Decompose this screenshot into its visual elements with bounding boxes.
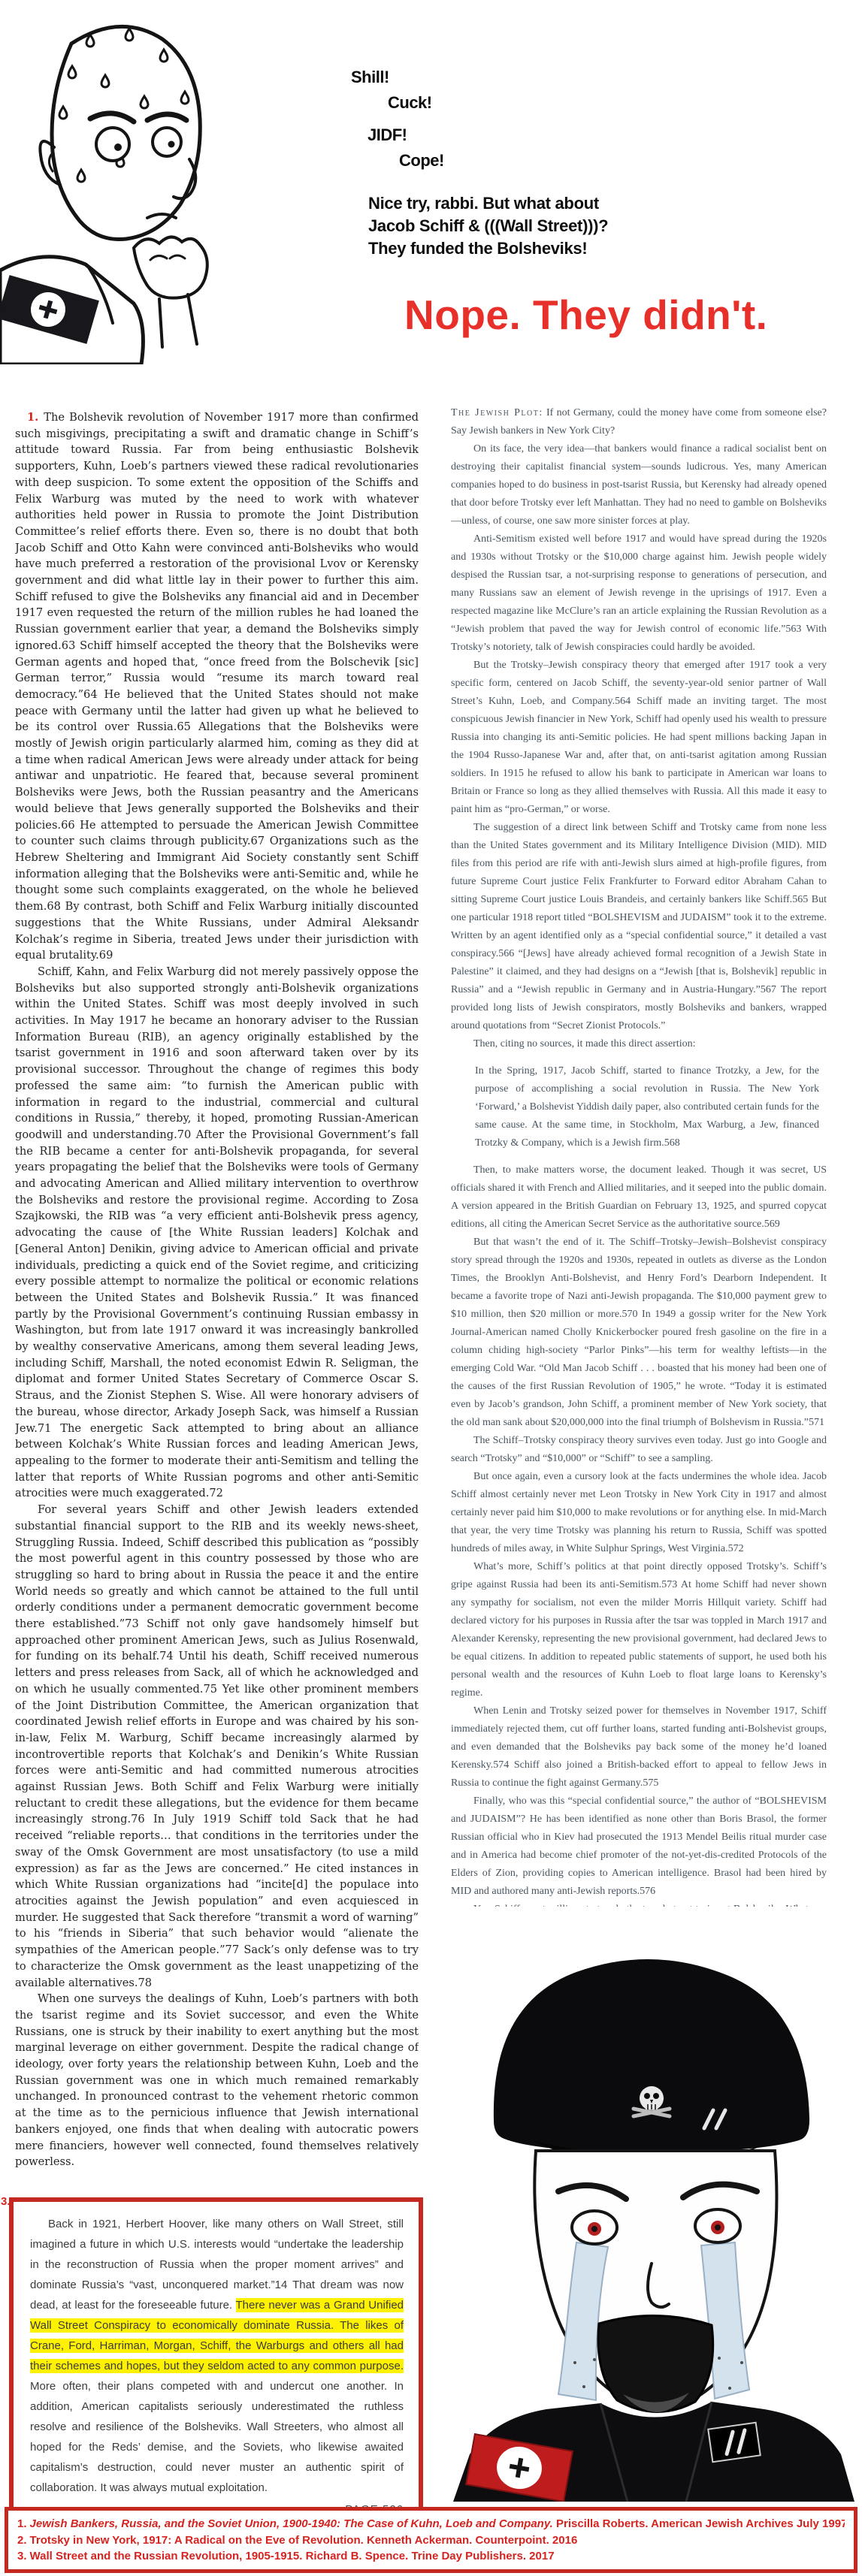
- paragraph: What’s more, Schiff’s politics at that p…: [451, 1558, 827, 1702]
- rebuttal-text: Nope. They didn't.: [404, 293, 767, 337]
- speech-bubble-jidf: JIDF!: [367, 125, 407, 145]
- paragraph: The suggestion of a direct link between …: [451, 819, 827, 1035]
- paragraph: 1.The Bolshevik revolution of November 1…: [15, 409, 419, 964]
- paragraph: But the Trotsky–Jewish conspiracy theory…: [451, 657, 827, 819]
- left-eye: [96, 128, 129, 161]
- wrist: [159, 294, 197, 347]
- paragraph: For several years Schiff and other Jewis…: [15, 1502, 419, 1991]
- collar-patch: [708, 2423, 761, 2462]
- meme-page: Shill! Cuck! JIDF! Cope! Nice try, rabbi…: [0, 0, 862, 2576]
- fist: [134, 237, 207, 297]
- paragraph: But that wasn’t the end of it. The Schif…: [451, 1234, 827, 1432]
- paragraph: Schiff, Kahn, and Felix Warburg did not …: [15, 964, 419, 1502]
- paragraph: When one surveys the dealings of Kuhn, L…: [15, 1991, 419, 2170]
- right-book-excerpt: 2. The Jewish Plot: If not Germany, coul…: [451, 404, 827, 1907]
- speech-bubble-cope: Cope!: [399, 151, 444, 171]
- crying-uniform-wojak-figure: [447, 1912, 862, 2502]
- paragraph: Anti-Semitism existed well before 1917 a…: [451, 530, 827, 657]
- pondering-wojak-drawing: [0, 0, 353, 364]
- pondering-wojak-figure: [0, 0, 353, 364]
- paragraph: The Jewish Plot: If not Germany, could t…: [451, 404, 827, 440]
- right-eye: [695, 2209, 740, 2242]
- paragraph: Then, to make matters worse, the documen…: [451, 1161, 827, 1234]
- retort-text: Nice try, rabbi. But what about Jacob Sc…: [368, 192, 608, 260]
- excerpt-paragraph: Back in 1921, Herbert Hoover, like many …: [30, 2214, 404, 2498]
- speech-bubble-cuck: Cuck!: [388, 93, 432, 113]
- retort-line: They funded the Bolsheviks!: [368, 237, 608, 260]
- right-eye: [153, 128, 181, 156]
- paragraph: But once again, even a cursory look at t…: [451, 1468, 827, 1558]
- retort-line: Jacob Schiff & (((Wall Street)))?: [368, 215, 608, 237]
- paragraph: Finally, who was this “special confident…: [451, 1792, 827, 1901]
- speech-bubble-shill: Shill!: [351, 68, 389, 87]
- paragraph: The Schiff–Trotsky conspiracy theory sur…: [451, 1432, 827, 1468]
- paragraph: Yes, Schiff spent millions to topple the…: [451, 1901, 827, 1907]
- hoover-excerpt-box: Back in 1921, Herbert Hoover, like many …: [9, 2197, 423, 2532]
- citations-box: 1.Jewish Bankers, Russia, and the Soviet…: [5, 2507, 857, 2573]
- retort-line: Nice try, rabbi. But what about: [368, 192, 608, 215]
- source-marker-1: 1.: [27, 411, 44, 424]
- mid-report-quote: In the Spring, 1917, Jacob Schiff, start…: [475, 1062, 819, 1152]
- section-lead-label: The Jewish Plot:: [451, 407, 543, 418]
- citation-item: 3.Wall Street and the Russian Revolution…: [17, 2550, 845, 2562]
- left-eye: [572, 2211, 617, 2244]
- citation-item: 1.Jewish Bankers, Russia, and the Soviet…: [17, 2517, 845, 2530]
- paragraph: Then, citing no sources, it made this di…: [451, 1035, 827, 1053]
- open-mouth: [598, 2315, 713, 2411]
- crying-uniform-wojak-drawing: [447, 1912, 862, 2502]
- paragraph: When Lenin and Trotsky seized power for …: [451, 1702, 827, 1792]
- left-book-excerpt: 1.The Bolshevik revolution of November 1…: [15, 409, 419, 2191]
- paragraph: On its face, the very idea—that bankers …: [451, 440, 827, 530]
- citation-item: 2.Trotsky in New York, 1917: A Radical o…: [17, 2534, 845, 2547]
